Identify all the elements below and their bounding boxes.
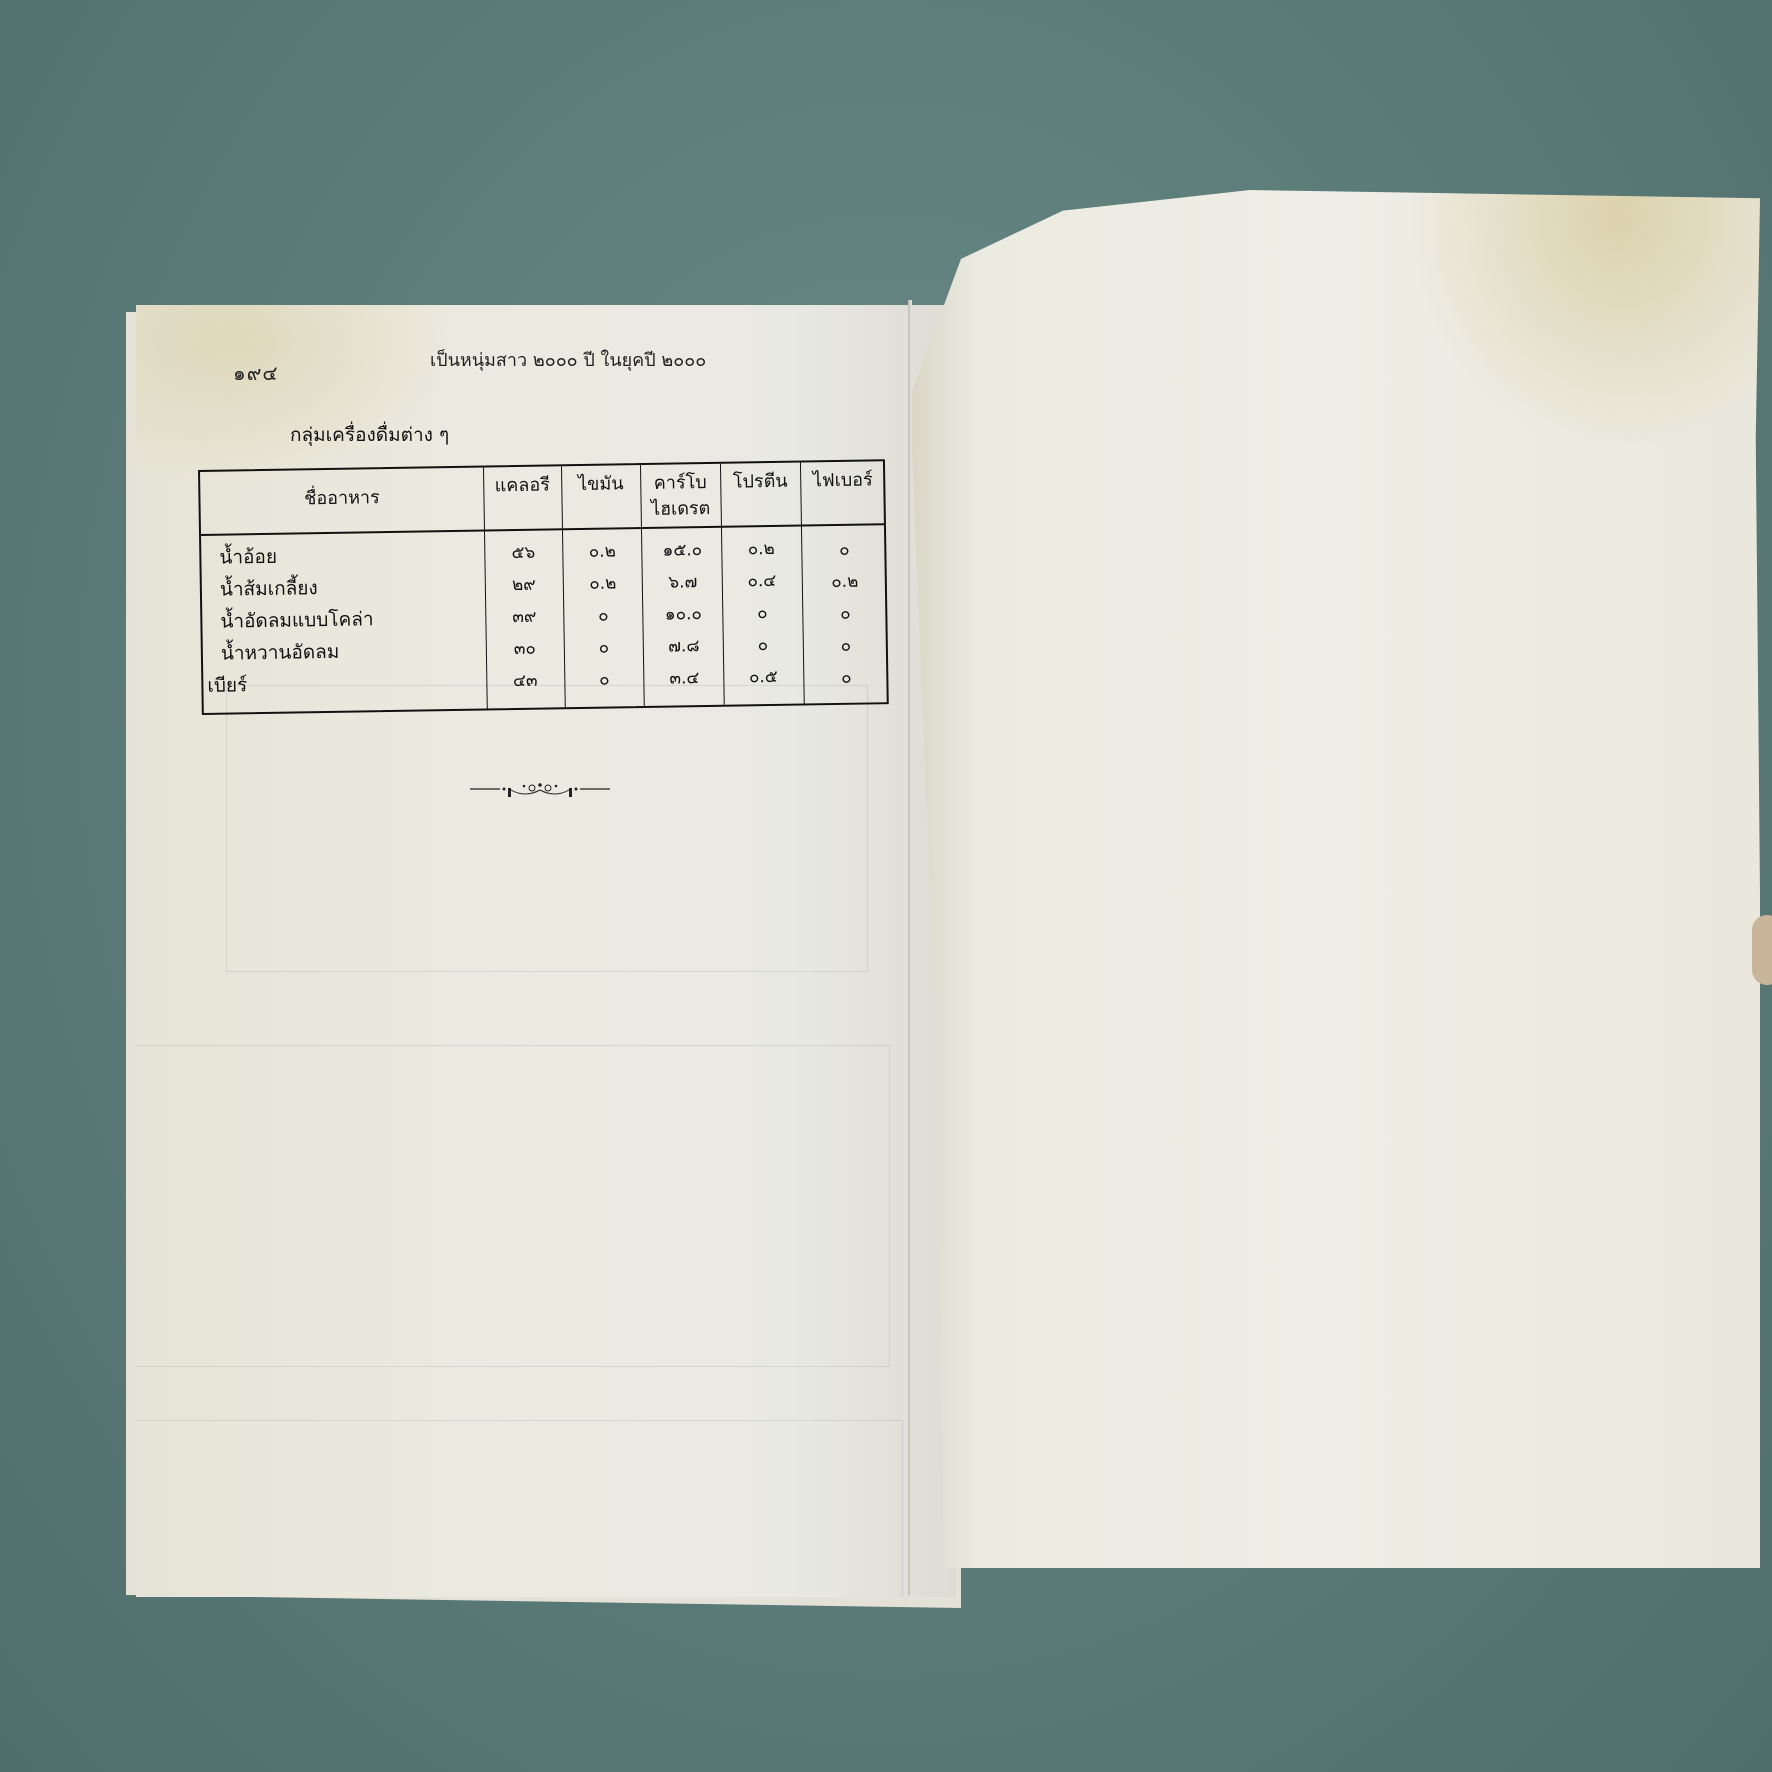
show-through-table bbox=[128, 1045, 890, 1367]
show-through-table bbox=[226, 685, 868, 972]
book-spine bbox=[908, 300, 912, 1595]
paper-stain bbox=[1400, 190, 1760, 450]
header-fat: ไขมัน bbox=[561, 471, 640, 498]
ornament-divider-icon bbox=[470, 780, 610, 800]
cell-fat: ๐.๒ bbox=[568, 567, 638, 600]
header-food-name: ชื่ออาหาร bbox=[200, 484, 483, 514]
header-fiber: ไฟเบอร์ bbox=[800, 467, 885, 494]
cell-calories: ๒๙ bbox=[489, 568, 559, 601]
cell-carbohydrate: ๑๐.๐ bbox=[648, 598, 718, 631]
cell-carbohydrate: ๗.๘ bbox=[649, 630, 719, 663]
cell-protein: ๐.๔ bbox=[727, 565, 797, 598]
cell-protein: ๐ bbox=[728, 629, 798, 662]
right-page-blank bbox=[910, 190, 1760, 1568]
running-head: เป็นหนุ่มสาว ๒๐๐๐ ปี ในยุคปี ๒๐๐๐ bbox=[430, 345, 706, 374]
header-carb-line1: คาร์โบ bbox=[640, 470, 720, 497]
finger-holding-page bbox=[1752, 915, 1772, 985]
row-name: น้ำอัดลมแบบโคล่า bbox=[220, 603, 374, 637]
header-carb-line2: ไฮเดรต bbox=[640, 496, 720, 523]
row-name: น้ำหวานอัดลม bbox=[221, 636, 340, 670]
nutrition-table: ชื่ออาหาร แคลอรี ไขมัน คาร์โบ ไฮเดรต โปร… bbox=[198, 459, 889, 715]
paper-stain bbox=[136, 305, 456, 485]
page-number: ๑๙๔ bbox=[233, 357, 278, 389]
cell-protein: ๐.๕ bbox=[728, 661, 798, 694]
cell-fiber: ๐ bbox=[811, 661, 881, 694]
cell-fiber: ๐ bbox=[811, 629, 881, 662]
header-protein: โปรตีน bbox=[720, 469, 800, 496]
cell-protein: ๐.๒ bbox=[726, 533, 796, 566]
row-name: เบียร์ bbox=[207, 669, 247, 702]
section-title: กลุ่มเครื่องดื่มต่าง ๆ bbox=[290, 420, 449, 450]
header-carbohydrate: คาร์โบ ไฮเดรต bbox=[640, 470, 721, 523]
cell-carbohydrate: ๓.๔ bbox=[649, 662, 719, 695]
cell-carbohydrate: ๑๕.๐ bbox=[647, 534, 717, 567]
cell-fiber: ๐.๒ bbox=[810, 565, 880, 598]
cell-calories: ๕๖ bbox=[488, 536, 558, 569]
cell-fat: ๐.๒ bbox=[567, 535, 637, 568]
cell-fat: ๐ bbox=[568, 599, 638, 632]
cell-fat: ๐ bbox=[569, 631, 639, 664]
row-name: น้ำส้มเกลี้ยง bbox=[220, 572, 318, 606]
cell-calories: ๓๐ bbox=[490, 632, 560, 665]
cell-fiber: ๐ bbox=[809, 533, 879, 566]
cell-carbohydrate: ๖.๗ bbox=[648, 566, 718, 599]
cell-calories: ๔๓ bbox=[490, 664, 560, 697]
row-name: น้ำอ้อย bbox=[219, 541, 277, 574]
cell-calories: ๓๙ bbox=[489, 600, 559, 633]
show-through-table bbox=[131, 1420, 903, 1742]
cell-fiber: ๐ bbox=[810, 597, 880, 630]
header-calories: แคลอรี bbox=[483, 472, 561, 499]
cell-protein: ๐ bbox=[727, 597, 797, 630]
cell-fat: ๐ bbox=[569, 663, 639, 696]
